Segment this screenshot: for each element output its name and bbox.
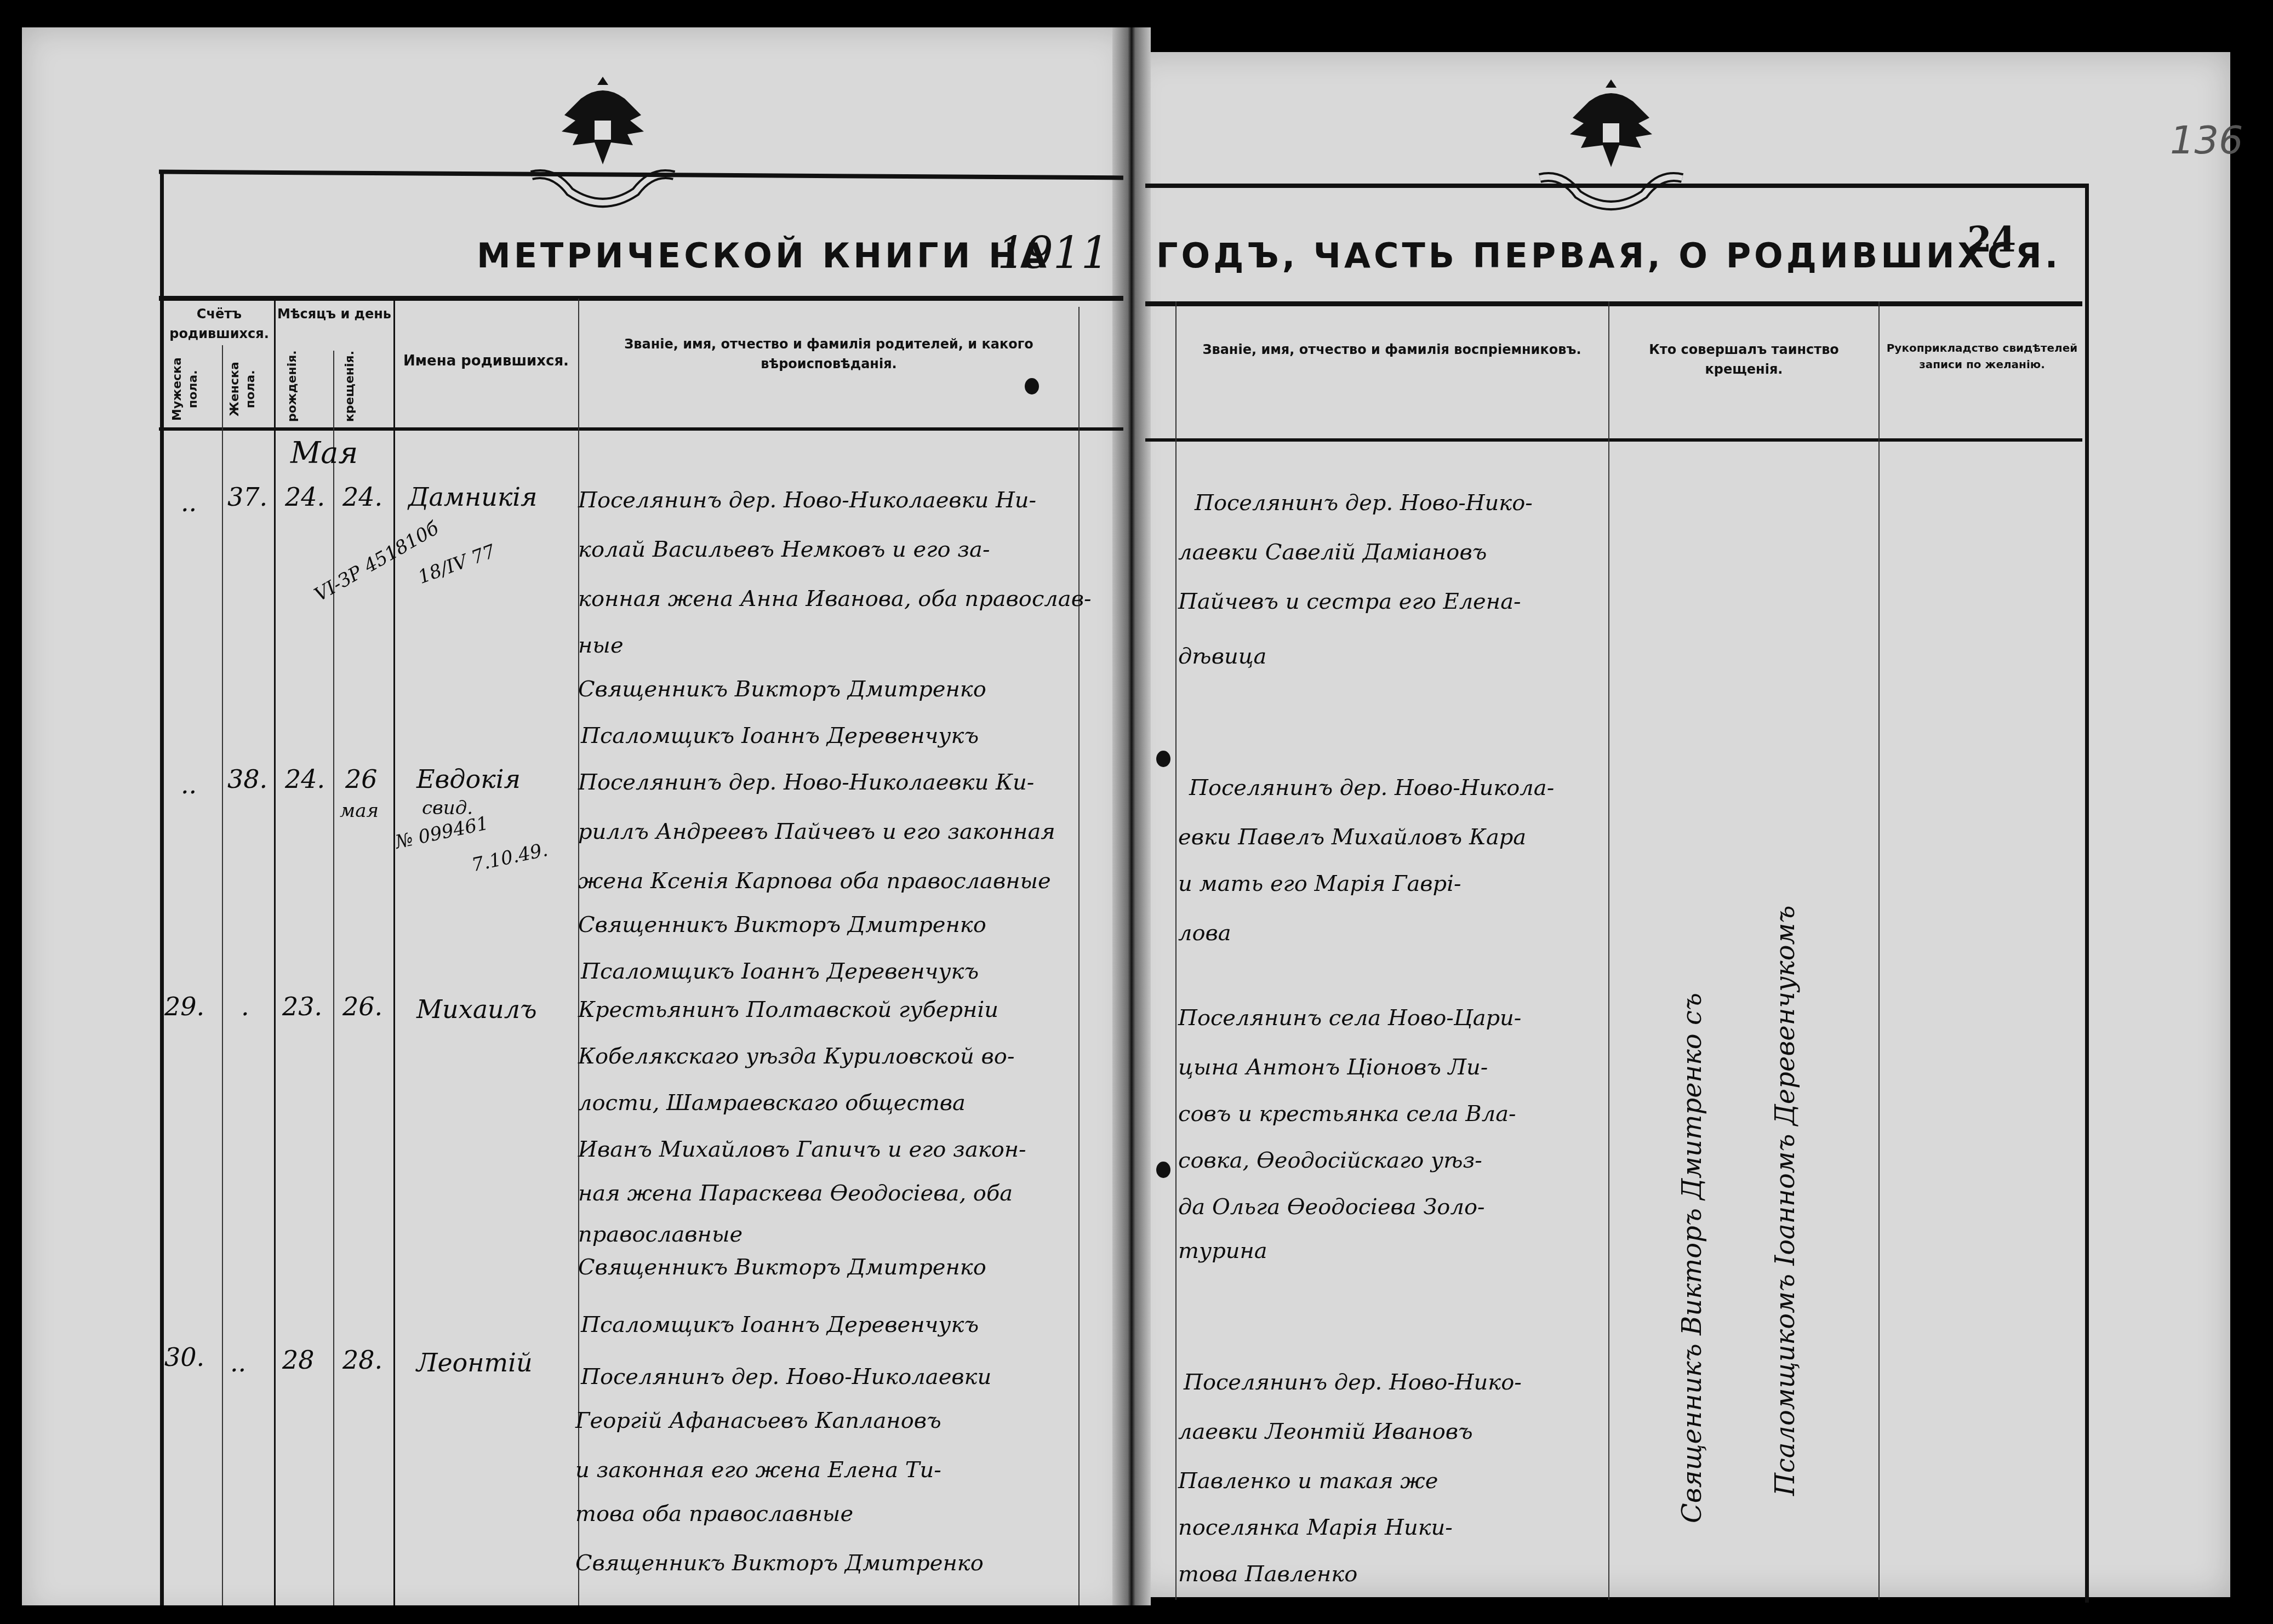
header-signatures: Рукоприкладство свидѣтелей записи по жел… xyxy=(1881,340,2083,373)
entry-3-godparents-line: турина xyxy=(1178,1238,1267,1263)
entry-4-godparents-line: Павленко и такая же xyxy=(1178,1468,1438,1494)
header-bottom-left xyxy=(159,427,1123,431)
entry-4-godparents-line: Поселянинъ дер. Ново-Нико- xyxy=(1184,1370,1522,1395)
col-divider xyxy=(1078,307,1080,1605)
entry-4-name: Леонтій xyxy=(416,1348,533,1377)
entry-1-godparents-line: дѣвица xyxy=(1178,644,1266,669)
entry-3-female-no: . xyxy=(241,992,249,1021)
col-divider xyxy=(333,351,334,1605)
entry-3-parents-line: ная жена Параскева Ѳеодосіева, оба xyxy=(578,1181,1013,1206)
entry-1-godparents-line: лаевки Савелій Даміановъ xyxy=(1178,540,1487,565)
entry-1-godparents-line: Поселянинъ дер. Ново-Нико- xyxy=(1195,490,1533,516)
header-officiant: Кто совершалъ таинство крещенія. xyxy=(1611,340,1877,379)
col-divider xyxy=(1175,301,1177,1600)
frame-left-edge xyxy=(160,173,164,1608)
entry-2-godparents-line: и мать его Марія Гаврі- xyxy=(1178,871,1461,896)
title-right: ГОДЪ, ЧАСТЬ ПЕРВАЯ, О РОДИВШИХСЯ. xyxy=(1156,236,2061,276)
entry-4-godparents-line: лаевки Леонтій Ивановъ xyxy=(1178,1419,1473,1444)
entry-4-female-no: .. xyxy=(230,1348,246,1377)
entry-3-godparents-line: да Ольга Ѳеодосіева Золо- xyxy=(1178,1194,1485,1220)
entry-3-priest-signature: Священникъ Викторъ Дмитренко xyxy=(578,1255,986,1280)
entry-2-male-no: .. xyxy=(181,770,197,799)
month-label: Мая xyxy=(290,436,358,470)
header-rule-right xyxy=(1145,301,2082,306)
entry-4-godparents-line: това Павленко xyxy=(1178,1562,1357,1587)
entry-3-parents-line: Иванъ Михайловъ Гапичъ и его закон- xyxy=(578,1137,1026,1162)
archive-folio-number: 136 xyxy=(2170,118,2243,163)
entry-3-godparents-line: совка, Ѳеодосійскаго уѣз- xyxy=(1178,1148,1482,1173)
entry-1-male-no: .. xyxy=(181,488,197,517)
entry-2-godparents-line: евки Павелъ Михайловъ Кара xyxy=(1178,825,1526,850)
entry-1-parents-line: Поселянинъ дер. Ново-Николаевки Ни- xyxy=(578,488,1036,513)
entry-1-birth-day: 24. xyxy=(285,482,325,512)
entry-2-godparents-line: лова xyxy=(1178,920,1231,946)
header-count-female: Женска пола. xyxy=(227,356,259,422)
binding-hole xyxy=(1156,751,1170,767)
entry-2-psalmist-signature: Псаломщикъ Іоаннъ Деревенчукъ xyxy=(581,959,979,984)
entry-4-parents-line: и законная его жена Елена Ти- xyxy=(575,1457,941,1483)
entry-3-godparents-line: совъ и крестьянка села Вла- xyxy=(1178,1101,1516,1126)
title-left: МЕТРИЧЕСКОЙ КНИГИ НА xyxy=(477,236,1050,276)
year-handwritten: 1911 xyxy=(997,227,1109,278)
col-divider xyxy=(222,345,223,1605)
entry-3-parents-line: Кобелякскаго уѣзда Куриловской во- xyxy=(578,1044,1014,1069)
header-names: Имена родившихся. xyxy=(396,351,576,372)
officiant-priest-vertical: Священникъ Викторъ Дмитренко съ xyxy=(1677,482,1707,1523)
entry-1-name: Дамникія xyxy=(408,482,538,512)
col-divider xyxy=(1608,301,1609,1600)
binding-hole xyxy=(1156,1162,1170,1178)
entry-1-female-no: 37. xyxy=(227,482,267,512)
entry-3-name: Михаилъ xyxy=(416,994,537,1024)
header-date-baptism: крещенія. xyxy=(342,356,358,422)
entry-2-godparents-line: Поселянинъ дер. Ново-Никола- xyxy=(1189,775,1554,800)
col-divider xyxy=(393,299,395,1605)
entry-2-parents-line: Поселянинъ дер. Ново-Николаевки Ки- xyxy=(578,770,1034,795)
col-divider xyxy=(274,299,276,1605)
entry-3-godparents-line: Поселянинъ села Ново-Цари- xyxy=(1178,1005,1521,1031)
entry-4-parents-line: това оба православные xyxy=(575,1501,853,1526)
header-bottom-right xyxy=(1145,438,2082,442)
entry-2-female-no: 38. xyxy=(227,764,267,794)
imperial-eagle-crest-icon xyxy=(1529,68,1693,211)
frame-top-right xyxy=(1145,184,2088,188)
entry-4-godparents-line: поселянка Марія Ники- xyxy=(1178,1515,1453,1540)
header-count-group: Счётъ родившихся. xyxy=(164,304,274,344)
entry-3-godparents-line: цына Антонъ Ціоновъ Ли- xyxy=(1178,1055,1488,1080)
header-godparents: Званіе, имя, отчество и фамилія воспріем… xyxy=(1178,340,1606,359)
binding-hole xyxy=(1025,378,1039,394)
imperial-eagle-crest-icon xyxy=(521,66,685,208)
header-date-group: Мѣсяцъ и день xyxy=(277,304,392,324)
entry-2-baptism-note: мая xyxy=(340,800,379,822)
scan-border xyxy=(0,1605,2273,1624)
entry-1-godparents-line: Пайчевъ и сестра его Елена- xyxy=(1178,589,1521,614)
entry-3-parents-line: Крестьянинъ Полтавской губерніи xyxy=(578,997,998,1022)
entry-1-psalmist-signature: Псаломщикъ Іоаннъ Деревенчукъ xyxy=(581,723,979,748)
header-rule-left xyxy=(159,296,1123,301)
entry-2-parents-line: жена Ксенія Карпова оба православные xyxy=(578,868,1051,894)
entry-1-parents-line: конная жена Анна Иванова, оба православ- xyxy=(578,586,1091,611)
entry-3-birth-day: 23. xyxy=(282,992,322,1021)
entry-2-margin-note: свид. xyxy=(422,797,473,819)
officiant-psalmist-vertical: Псаломщикомъ Іоанномъ Деревенчукомъ xyxy=(1770,619,1801,1496)
entry-1-parents-line: ные xyxy=(578,633,624,658)
entry-3-male-no: 29. xyxy=(164,992,204,1021)
entry-2-name: Евдокія xyxy=(416,764,521,794)
entry-4-parents-line: Поселянинъ дер. Ново-Николаевки xyxy=(581,1364,991,1389)
entry-1-baptism-day: 24. xyxy=(342,482,382,512)
entry-2-baptism-day: 26 xyxy=(345,764,378,794)
entry-4-baptism-day: 28. xyxy=(342,1345,382,1375)
entry-2-parents-line: риллъ Андреевъ Пайчевъ и его законная xyxy=(578,819,1055,844)
entry-4-birth-day: 28 xyxy=(282,1345,315,1375)
frame-right-edge xyxy=(2085,184,2089,1603)
header-parents: Званіе, имя, отчество и фамилія родителе… xyxy=(581,334,1077,374)
entry-3-parents-line: лости, Шамраевскаго общества xyxy=(578,1090,966,1116)
entry-2-priest-signature: Священникъ Викторъ Дмитренко xyxy=(578,912,986,937)
entry-4-parents-line: Георгій Афанасьевъ Каплановъ xyxy=(575,1408,941,1433)
col-divider xyxy=(1878,301,1880,1600)
header-count-male: Мужеска пола. xyxy=(170,356,201,422)
entry-1-priest-signature: Священникъ Викторъ Дмитренко xyxy=(578,677,986,702)
entry-4-priest-signature: Священникъ Викторъ Дмитренко xyxy=(575,1551,984,1576)
entry-4-male-no: 30. xyxy=(164,1342,204,1372)
page-number: 24 xyxy=(1967,219,2016,260)
header-date-birth: рожденія. xyxy=(285,356,301,422)
entry-3-psalmist-signature: Псаломщикъ Іоаннъ Деревенчукъ xyxy=(581,1312,979,1337)
book-gutter xyxy=(1112,27,1151,1616)
entry-1-parents-line: колай Васильевъ Немковъ и его за- xyxy=(578,537,990,562)
entry-3-parents-line: православные xyxy=(578,1222,743,1247)
entry-3-baptism-day: 26. xyxy=(342,992,382,1021)
entry-2-birth-day: 24. xyxy=(285,764,325,794)
